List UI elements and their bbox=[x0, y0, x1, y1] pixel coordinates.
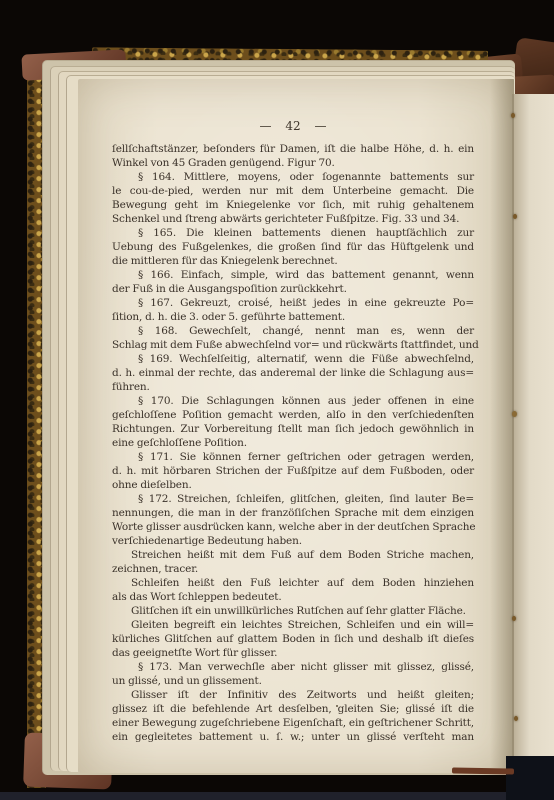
text-line: § 170. Die Schlagungen können aus jeder … bbox=[112, 394, 474, 408]
text-line: § 166. Einfach, simple, wird das batteme… bbox=[112, 268, 474, 282]
text-line: Glitſchen iſt ein unwillkürliches Rutſch… bbox=[112, 604, 474, 618]
text-line: die mittleren für das Kniegelenk berechn… bbox=[112, 254, 474, 268]
text-line: Glisser iſt der Infinitiv des Zeitworts … bbox=[112, 688, 474, 702]
text-line: glissez iſt die befehlende Art desſelben… bbox=[112, 702, 474, 716]
text-line: un glissé, und un glissement. bbox=[112, 674, 474, 688]
text-line: § 164. Mittlere, moyens, oder ſogenannte… bbox=[112, 170, 474, 184]
text-line: führen. bbox=[112, 380, 474, 394]
text-line: § 169. Wechſelſeitig, alternatif, wenn d… bbox=[112, 352, 474, 366]
text-line: Streichen heißt mit dem Fuß auf dem Bode… bbox=[112, 548, 474, 562]
text-line: Bewegung geht im Kniegelenke vor ſich, m… bbox=[112, 198, 474, 212]
text-line: der Fuß in die Ausgangspoſition zurückke… bbox=[112, 282, 474, 296]
gutter-fold bbox=[490, 79, 514, 773]
text-line: § 168. Gewechſelt, changé, nennt man es,… bbox=[112, 324, 474, 338]
text-line: als das Wort ſchleppen bedeutet. bbox=[112, 590, 474, 604]
book-photo: — 42 — ſellſchaftstänzer, beſonders für … bbox=[0, 0, 554, 800]
text-line: eine geſchloſſene Poſition. bbox=[112, 436, 474, 450]
text-line: nennungen, die man in der franzöſiſchen … bbox=[112, 506, 474, 520]
text-line: einer Bewegung zugeſchriebene Eigenſchaf… bbox=[112, 716, 474, 730]
text-line: d. h. mit hörbaren Strichen der Fußſpitz… bbox=[112, 464, 474, 478]
shadow-bottom-right bbox=[506, 756, 554, 800]
cover-edge-sliver bbox=[452, 767, 514, 774]
text-line: Uebung des Fußgelenkes, die großen ſind … bbox=[112, 240, 474, 254]
header-dash-left: — bbox=[260, 119, 272, 133]
text-line: Schleifen heißt den Fuß leichter auf dem… bbox=[112, 576, 474, 590]
text-line: § 172. Streichen, ſchleifen, glitſchen, … bbox=[112, 492, 474, 506]
text-line: Richtungen. Zur Vorbereitung ſtellt man … bbox=[112, 422, 474, 436]
text-line: ſition, d. h. die 3. oder 5. geführte ba… bbox=[112, 310, 474, 324]
text-line: § 171. Sie können ferner geſtrichen oder… bbox=[112, 450, 474, 464]
text-line: Worte glisser ausdrücken kann, welche ab… bbox=[112, 520, 474, 534]
text-line: le cou-de-pied, werden nur mit dem Unter… bbox=[112, 184, 474, 198]
text-line: § 167. Gekreuzt, croisé, heißt jedes in … bbox=[112, 296, 474, 310]
adjacent-page bbox=[512, 94, 554, 782]
text-line: ein gegleitetes battement u. ſ. w.; unte… bbox=[112, 730, 474, 744]
page-number-value: 42 bbox=[285, 119, 300, 133]
text-line: geſchloſſene Poſition gemacht werden, al… bbox=[112, 408, 474, 422]
header-dash-right: — bbox=[314, 119, 326, 133]
text-line: ohne dieſelben. bbox=[112, 478, 474, 492]
stitch-hole bbox=[512, 411, 517, 417]
stitch-hole bbox=[512, 616, 516, 621]
stitch-hole bbox=[514, 716, 518, 721]
page-text-column: — 42 — ſellſchaftstänzer, beſonders für … bbox=[112, 118, 474, 744]
text-line: Schlag mit dem Fuße abwechſelnd vor= und… bbox=[112, 338, 474, 352]
text-line: § 173. Man verwechſle aber nicht glisser… bbox=[112, 660, 474, 674]
page-text: ſellſchaftstänzer, beſonders für Damen, … bbox=[112, 142, 474, 744]
page-number: — 42 — bbox=[112, 118, 474, 134]
text-line: zeichnen, tracer. bbox=[112, 562, 474, 576]
text-line: Gleiten begreift ein leichtes Streichen,… bbox=[112, 618, 474, 632]
text-line: d. h. einmal der rechte, das anderemal d… bbox=[112, 366, 474, 380]
text-line: Winkel von 45 Graden genügend. Figur 70. bbox=[112, 156, 474, 170]
text-line: kürliches Glitſchen auf glattem Boden in… bbox=[112, 632, 474, 646]
text-line: verſchiedenartige Bedeutung haben. bbox=[112, 534, 474, 548]
text-line: das geeignetſte Wort für glisser. bbox=[112, 646, 474, 660]
text-line: ſellſchaftstänzer, beſonders für Damen, … bbox=[112, 142, 474, 156]
table-surface bbox=[0, 792, 554, 800]
stitch-hole bbox=[513, 214, 517, 219]
text-line: § 165. Die kleinen battements dienen hau… bbox=[112, 226, 474, 240]
stitch-hole bbox=[511, 113, 515, 118]
text-line: Schenkel und ſtreng abwärts gerichteter … bbox=[112, 212, 474, 226]
